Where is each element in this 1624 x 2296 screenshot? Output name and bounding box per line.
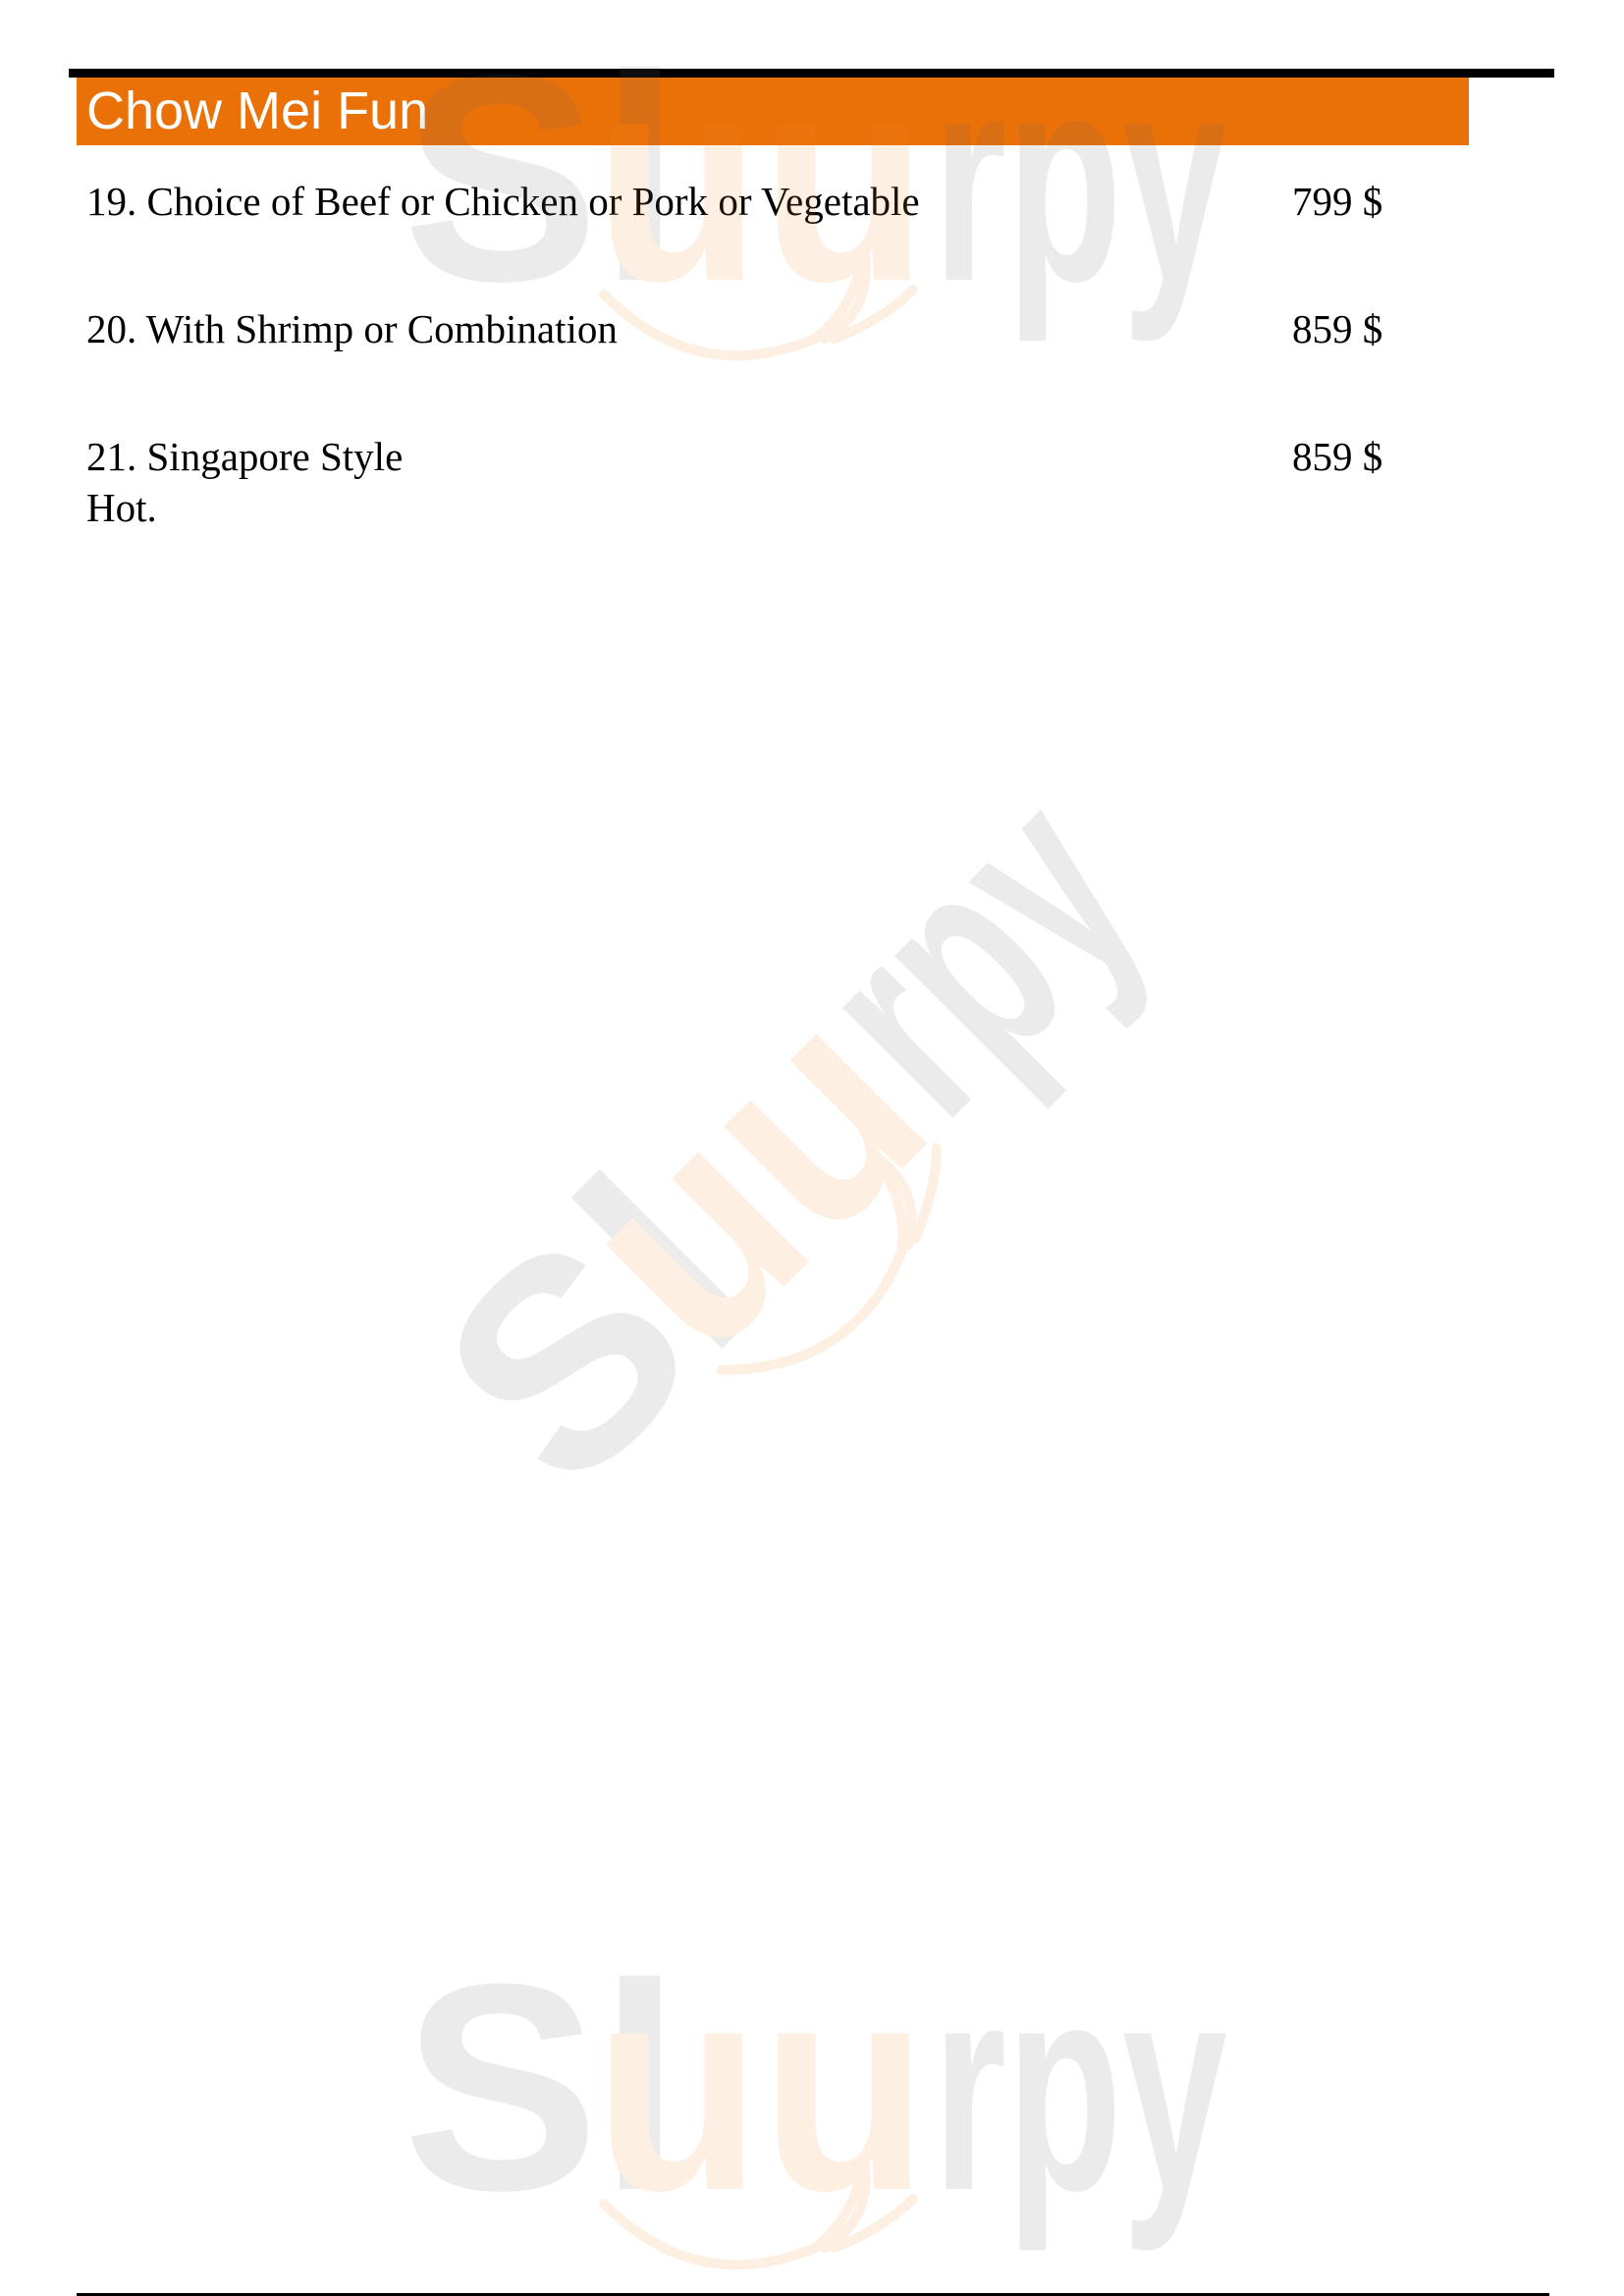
section-header: Chow Mei Fun <box>77 78 1469 145</box>
section-title: Chow Mei Fun <box>86 78 428 145</box>
watermark-text-right: rpy <box>933 1963 1228 2254</box>
menu-item-name: 20. With Shrimp or Combination <box>86 303 1461 354</box>
menu-item-price: 799 $ <box>1292 176 1382 227</box>
sluurpy-logo-icon: Sl uu rpy <box>403 1963 1237 2277</box>
watermark-text-left: Sl <box>403 1963 680 2252</box>
menu-item-name: 19. Choice of Beef or Chicken or Pork or… <box>86 176 1461 227</box>
menu-item: 20. With Shrimp or Combination 859 $ <box>86 303 1461 354</box>
menu-item-price: 859 $ <box>1292 431 1382 482</box>
menu-item-note: Hot. <box>86 482 1461 533</box>
top-divider <box>69 69 1554 78</box>
menu-item-name: 21. Singapore Style <box>86 431 1461 482</box>
watermark-text-right: rpy <box>754 752 1198 1172</box>
sluurpy-logo-icon: Sl uu rpy <box>408 752 1220 1564</box>
watermark-text-left: Sl <box>408 1116 809 1546</box>
watermark-text-middle: uu <box>594 1963 928 2252</box>
menu-item: 21. Singapore Style Hot. 859 $ <box>86 431 1461 533</box>
menu-item-price: 859 $ <box>1292 303 1382 354</box>
watermark-text-middle: uu <box>515 941 985 1411</box>
menu-item: 19. Choice of Beef or Chicken or Pork or… <box>86 176 1461 227</box>
menu-page: Chow Mei Fun 19. Choice of Beef or Chick… <box>0 0 1624 2296</box>
